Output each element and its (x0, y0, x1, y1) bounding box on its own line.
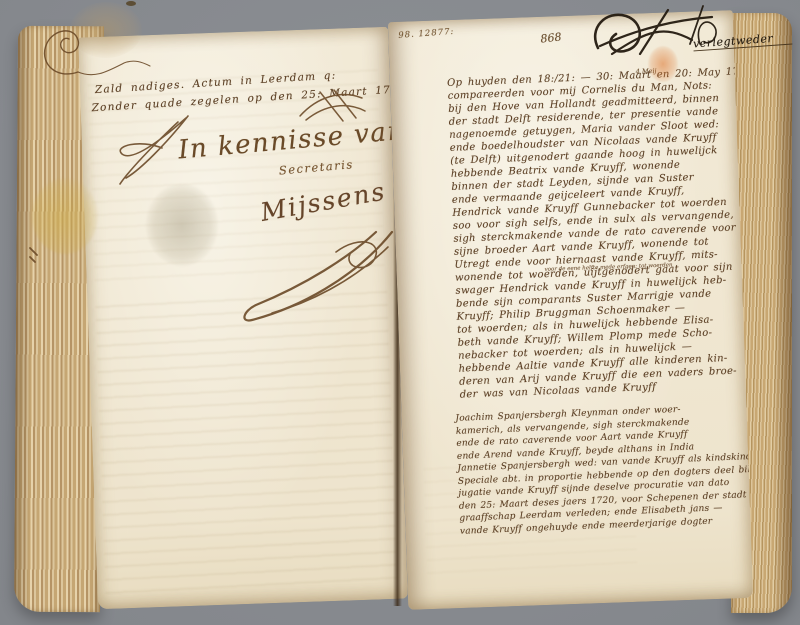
paragraph-2: Joachim Spanjersbergh Kleynman onder woe… (455, 401, 753, 538)
page-number: 868 (540, 30, 562, 45)
attestation-title: Secretaris (278, 157, 354, 177)
paragraph-1: Op huyden den 18:/21: — 30: Maart en 20:… (447, 65, 753, 402)
attestation-line: In kennisse van mij (177, 111, 408, 166)
ink-speck-top-edge (126, 1, 136, 6)
manuscript-book-photo: Zald nadiges. Actum in Leerdam q: Zonder… (0, 0, 800, 625)
ink-bleedthrough (95, 289, 397, 597)
left-page: Zald nadiges. Actum in Leerdam q: Zonder… (78, 27, 408, 609)
right-page: 98. 12877: 868 4 Meij Op huyden den 18:/… (388, 10, 753, 610)
archive-number: 98. 12877: (398, 27, 455, 41)
notary-signature: Mijssens (258, 176, 388, 227)
